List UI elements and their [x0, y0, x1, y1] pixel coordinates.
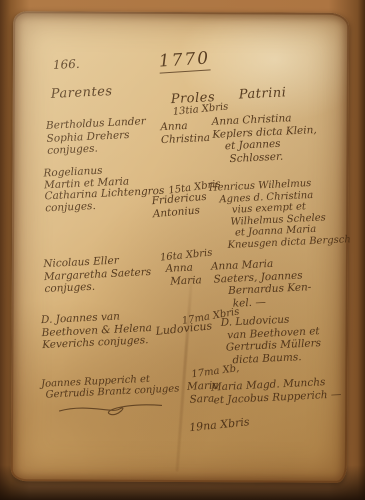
entry3-proles: Anna Maria [165, 261, 202, 288]
year-heading: 1770 [158, 48, 211, 73]
entry4-proles: Ludovicus [155, 320, 213, 338]
entry3-patrini: Anna Maria Saeters, Joannes Bernardus Ke… [211, 256, 313, 311]
entry2-proles: Fridericus Antonius [151, 191, 208, 220]
page-number: 166. [53, 57, 80, 72]
text-line: Christina [161, 131, 211, 146]
entry3-parentes: Nicolaus Eller Margaretha Saeters conjug… [43, 253, 152, 296]
entry2-parentes: Rogelianus Martin et Maria Catharina Lic… [43, 163, 165, 215]
column-header-parentes: Parentes [50, 84, 112, 102]
entry5-date: 17ma Xb, [191, 363, 240, 380]
entry5-patrini: Maria Magd. Munchs et Jacobus Rupperich … [211, 375, 342, 406]
entry1-patrini: Anna Christina Keplers dicta Klein, et J… [211, 111, 318, 166]
column-header-patrini: Patrini [238, 85, 286, 102]
text-line: Ludovicus [155, 320, 213, 338]
text-line: Maria [170, 274, 202, 288]
document-paper: 166. 1770 Parentes Proles Patrini 13tia … [11, 11, 349, 483]
footer-date: 19na Xbris [189, 415, 250, 434]
entry4-parentes: D. Joannes van Beethoven & Helena Keveri… [41, 309, 153, 352]
pen-flourish [57, 396, 168, 423]
entry2-patrini: Henricus Wilhelmus Agnes d. Christina vi… [209, 176, 351, 251]
entry1-proles: Anna Christina [160, 119, 210, 146]
photo-frame: 166. 1770 Parentes Proles Patrini 13tia … [0, 0, 365, 500]
entry1-parentes: Bertholdus Lander Sophia Drehers conjuge… [46, 115, 147, 157]
entry4-patrini: D. Ludovicus van Beethoven et Gertrudis … [220, 312, 322, 367]
paper-crease [176, 262, 195, 472]
